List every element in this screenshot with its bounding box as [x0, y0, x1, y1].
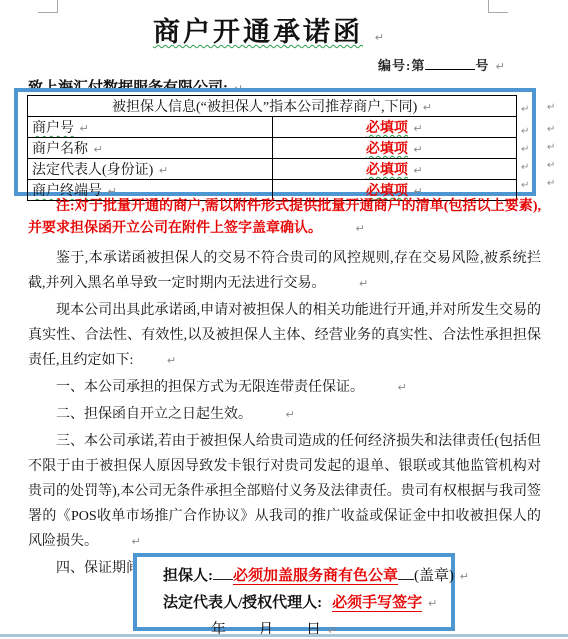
guarantee-info-table: 被担保人信息(“被担保人”指本公司推荐商户,下同) ↵ 商户号 ↵ 必填项 ↵ … [27, 95, 517, 201]
row-end-mark: ↵ [545, 173, 555, 191]
guarantor-blank-left[interactable] [213, 565, 233, 580]
paragraph-mark-icon: ↵ [547, 97, 555, 119]
guarantor-line: 担保人:必须加盖服务商有色公章(盖章) ↵ [163, 563, 451, 590]
seal-suffix: (盖章) [414, 568, 454, 584]
paragraph-mark-icon: ↵ [521, 175, 529, 197]
line-end-marks: ↵ ↵ ↵ ↵ ↵ [545, 97, 555, 191]
paragraph-mark-icon: ↵ [104, 529, 141, 554]
serial-number-line: 编号:第号 ↵ [378, 55, 506, 74]
page-title-text: 商户开通承诺函 [153, 17, 363, 47]
merchant-id-label: 商户号 ↵ [28, 117, 273, 138]
row-end-mark: ↵ [545, 97, 555, 119]
merchant-id-field[interactable]: 必填项 ↵ [272, 117, 517, 138]
paragraph-mark-icon: ↵ [94, 143, 103, 156]
row-end-mark: ↵ [519, 121, 529, 139]
paragraph-mark-icon: ↵ [80, 122, 89, 135]
batch-note-paragraph: 注:对于批量开通的商户,需以附件形式提供批量开通商户的清单(包括以上要素),并要… [28, 196, 541, 240]
legal-representative-field[interactable]: 必填项 ↵ [272, 159, 517, 180]
row-end-mark: ↵ [519, 157, 529, 175]
row-end-mark: ↵ [545, 137, 555, 155]
required-field-text: 必填项 [366, 163, 408, 178]
row-end-mark: ↵ [545, 119, 555, 137]
guarantee-info-annotation-box: 被担保人信息(“被担保人”指本公司推荐商户,下同) ↵ 商户号 ↵ 必填项 ↵ … [14, 88, 536, 196]
paragraph-text: 鉴于,本承诺函被担保人的交易不符合贵司的风控规则,存在交易风险,被系统拦截,并列… [28, 251, 541, 291]
paragraph-mark-icon: ↵ [460, 564, 469, 590]
table-header-row: 被担保人信息(“被担保人”指本公司推荐商户,下同) ↵ [28, 96, 517, 117]
paragraph-mark-icon: ↵ [328, 218, 365, 240]
serial-number-blank[interactable] [425, 57, 475, 70]
paragraph-text: 二、担保函自开立之日起生效。 [56, 407, 252, 422]
required-field-text: 必填项 [366, 121, 408, 136]
merchant-name-field[interactable]: 必填项 ↵ [272, 138, 517, 159]
representative-label: 法定代表人/授权代理人: [163, 595, 322, 611]
clause-2-paragraph: 二、担保函自开立之日起生效。 ↵ [28, 402, 541, 427]
serial-prefix: 编号:第 [378, 58, 425, 73]
body-text: 注:对于批量开通的商户,需以附件形式提供批量开通商户的清单(包括以上要素),并要… [28, 196, 541, 583]
row-end-mark: ↵ [519, 139, 529, 157]
paragraph-mark-icon: ↵ [375, 31, 387, 44]
row-end-mark: ↵ [519, 99, 529, 121]
clause-1-paragraph: 一、本公司承担的担保方式为无限连带责任保证。 ↵ [28, 375, 541, 400]
signature-annotation-box: 担保人:必须加盖服务商有色公章(盖章) ↵ 法定代表人/授权代理人:必须手写签字… [133, 553, 455, 631]
document-page: { "meta": { "pilcrow_char": "↵" }, "colo… [0, 0, 568, 639]
representative-line: 法定代表人/授权代理人:必须手写签字 ↵ [163, 590, 451, 617]
paragraph-mark-icon: ↵ [413, 143, 422, 156]
page-title: 商户开通承诺函 ↵ [0, 10, 540, 49]
row-label-text: 法定代表人(身份证) [32, 163, 153, 178]
row-label-text: 商户号 [32, 121, 74, 136]
legal-representative-label: 法定代表人(身份证) ↵ [28, 159, 273, 180]
paragraph-mark-icon: ↵ [428, 591, 437, 617]
table-row-end-marks: ↵ ↵ ↵ ↵ ↵ [519, 99, 529, 193]
bottom-divider [0, 634, 568, 637]
table-header-cell: 被担保人信息(“被担保人”指本公司推荐商户,下同) ↵ [28, 96, 517, 117]
paragraph-mark-icon: ↵ [331, 271, 368, 296]
guarantor-blank-right[interactable] [398, 565, 414, 580]
whereas-paragraph: 鉴于,本承诺函被担保人的交易不符合贵司的风控规则,存在交易风险,被系统拦截,并列… [28, 246, 541, 296]
paragraph-mark-icon: ↵ [139, 348, 176, 373]
commitment-paragraph: 现本公司出具此承诺函,申请对被担保人的相关功能进行开通,并对所发生交易的真实性、… [28, 298, 541, 373]
table-header-text: 被担保人信息(“被担保人”指本公司推荐商户,下同) [112, 100, 417, 115]
representative-required-text[interactable]: 必须手写签字 [332, 595, 422, 612]
paragraph-mark-icon: ↵ [159, 164, 168, 177]
paragraph-text: 现本公司出具此承诺函,申请对被担保人的相关功能进行开通,并对所发生交易的真实性、… [28, 303, 541, 368]
required-field-text: 必填项 [366, 142, 408, 157]
paragraph-mark-icon: ↵ [547, 173, 555, 195]
table-row: 商户号 ↵ 必填项 ↵ [28, 117, 517, 138]
merchant-name-label: 商户名称 ↵ [28, 138, 273, 159]
paragraph-mark-icon: ↵ [521, 99, 529, 121]
paragraph-mark-icon: ↵ [258, 402, 295, 427]
guarantor-required-text[interactable]: 必须加盖服务商有色公章 [233, 568, 398, 585]
paragraph-mark-icon: ↵ [413, 164, 422, 177]
clause-3-paragraph: 三、本公司承诺,若由于被担保人给贵司造成的任何经济损失和法律责任(包括但不限于由… [28, 429, 541, 554]
batch-note-text: 注:对于批量开通的商户,需以附件形式提供批量开通商户的清单(包括以上要素),并要… [28, 199, 541, 236]
row-end-mark: ↵ [545, 155, 555, 173]
paragraph-mark-icon: ↵ [370, 375, 407, 400]
paragraph-text: 一、本公司承担的担保方式为无限连带责任保证。 [56, 380, 364, 395]
row-label-text: 商户名称 [32, 142, 88, 157]
table-row: 法定代表人(身份证) ↵ 必填项 ↵ [28, 159, 517, 180]
table-row: 商户名称 ↵ 必填项 ↵ [28, 138, 517, 159]
serial-suffix: 号 [475, 58, 489, 73]
paragraph-mark-icon: ↵ [413, 122, 422, 135]
guarantor-label: 担保人: [163, 568, 213, 584]
paragraph-mark-icon: ↵ [496, 60, 506, 73]
paragraph-mark-icon: ↵ [423, 101, 432, 114]
row-end-mark: ↵ [519, 175, 529, 193]
